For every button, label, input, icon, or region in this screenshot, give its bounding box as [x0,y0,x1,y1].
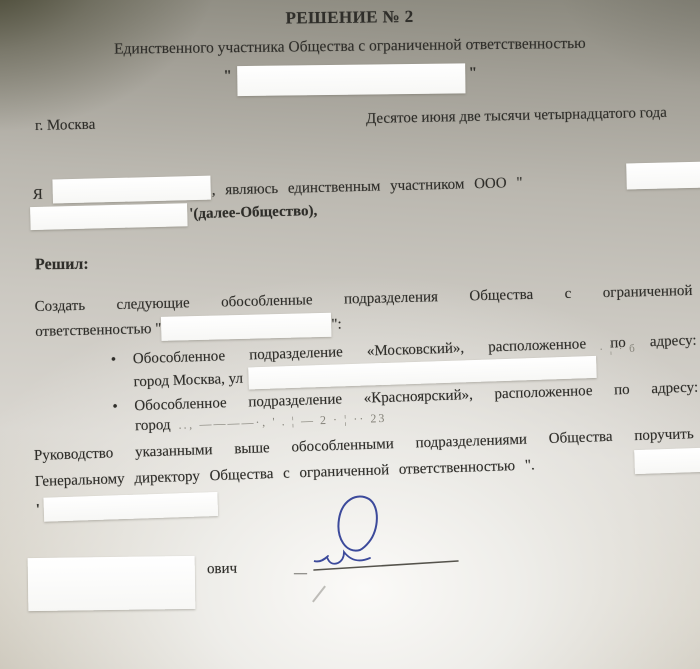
signature-line [314,561,458,570]
document-photo: РЕШЕНИЕ № 2 Единственного участника Обще… [0,0,700,669]
signature-block: ович — [0,0,700,669]
signer-name-suffix: ович [207,561,237,579]
name-redaction-box [28,556,196,611]
signature-dash: — [294,565,307,581]
slash-mark [312,586,326,603]
signature-ink [308,490,468,585]
